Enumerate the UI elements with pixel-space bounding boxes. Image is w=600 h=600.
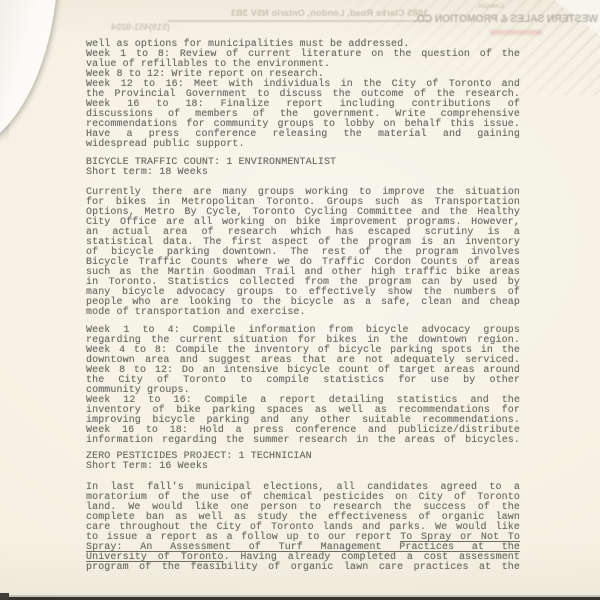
refillables-task-list: well as options for municipalities must …: [86, 40, 520, 150]
bleedthrough-phone: (519)451-9204: [111, 22, 170, 32]
text-line: mode of transportation and exercise.: [86, 308, 520, 318]
zero-pesticides-heading: ZERO PESTICIDES PROJECT: 1 TECHNICIANSho…: [86, 452, 520, 472]
text-line: widespread public support.: [86, 140, 520, 150]
bicycle-traffic-count-task-list: Week 1 to 4: Compile information from bi…: [86, 326, 520, 446]
zero-pesticides-description: In last fall's municipal elections, all …: [86, 483, 520, 573]
bicycle-traffic-count-heading: BICYCLE TRAFFIC COUNT: 1 ENVIRONMENTALIS…: [86, 158, 520, 178]
text-line: information regarding the summer researc…: [86, 436, 520, 446]
document-text: well as options for municipalities must …: [86, 40, 520, 573]
text-line: Short term: 18 Weeks: [86, 168, 520, 178]
scan-edge-corner: [0, 593, 9, 600]
scanned-typewritten-page: { "style": { "paper_color": "#f5f1e2", "…: [0, 0, 600, 600]
text-line: program of the feasibility of organic la…: [86, 563, 520, 573]
text-line: Short Term: 16 Weeks: [86, 462, 520, 472]
bicycle-traffic-count-description: Currently there are many groups working …: [86, 188, 520, 318]
